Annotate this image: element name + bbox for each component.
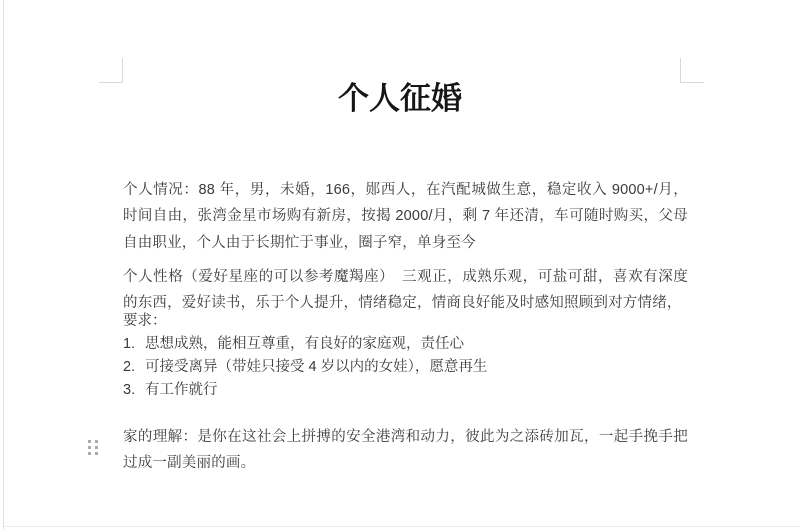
requirement-text: 有工作就行 <box>145 379 688 402</box>
list-number: 2. <box>123 356 145 379</box>
page-left-edge <box>3 0 4 529</box>
requirements-label: 要求： <box>123 310 167 333</box>
drag-handle-dot <box>88 446 91 449</box>
paragraph-personality[interactable]: 个人性格（爱好星座的可以参考魔羯座） 三观正，成熟乐观，可盐可甜，喜欢有深度的东… <box>123 264 688 317</box>
requirements-heading[interactable]: 要求： <box>123 310 688 333</box>
requirement-item[interactable]: 1. 思想成熟，能相互尊重，有良好的家庭观，责任心 <box>123 333 688 356</box>
requirements-section[interactable]: 要求： 1. 思想成熟，能相互尊重，有良好的家庭观，责任心 2. 可接受离异（带… <box>123 310 688 402</box>
paragraph-personal-info[interactable]: 个人情况：88 年，男，未婚，166，郧西人，在汽配城做生意，稳定收入 9000… <box>123 177 688 257</box>
requirement-item[interactable]: 2. 可接受离异（带娃只接受 4 岁以内的女娃），愿意再生 <box>123 356 688 379</box>
requirement-text: 可接受离异（带娃只接受 4 岁以内的女娃），愿意再生 <box>145 356 688 379</box>
drag-handle-dot <box>95 452 98 455</box>
document-page[interactable]: 个人征婚 个人情况：88 年，男，未婚，166，郧西人，在汽配城做生意，稳定收入… <box>0 0 800 529</box>
requirement-text: 思想成熟，能相互尊重，有良好的家庭观，责任心 <box>145 333 688 356</box>
paragraph-family-view[interactable]: 家的理解：是你在这社会上拼搏的安全港湾和动力，彼此为之添砖加瓦，一起手挽手把过成… <box>123 424 688 477</box>
page-bottom-edge <box>4 526 800 527</box>
list-number: 3. <box>123 379 145 402</box>
requirement-item[interactable]: 3. 有工作就行 <box>123 379 688 402</box>
document-title[interactable]: 个人征婚 <box>120 76 680 122</box>
list-number: 1. <box>123 333 145 356</box>
drag-handle-dot <box>95 446 98 449</box>
drag-handle-dot <box>95 440 98 443</box>
drag-handle-dot <box>88 452 91 455</box>
drag-handle-dots-icon[interactable] <box>88 440 98 455</box>
drag-handle-dot <box>88 440 91 443</box>
margin-crop-mark-top-right <box>680 58 704 83</box>
